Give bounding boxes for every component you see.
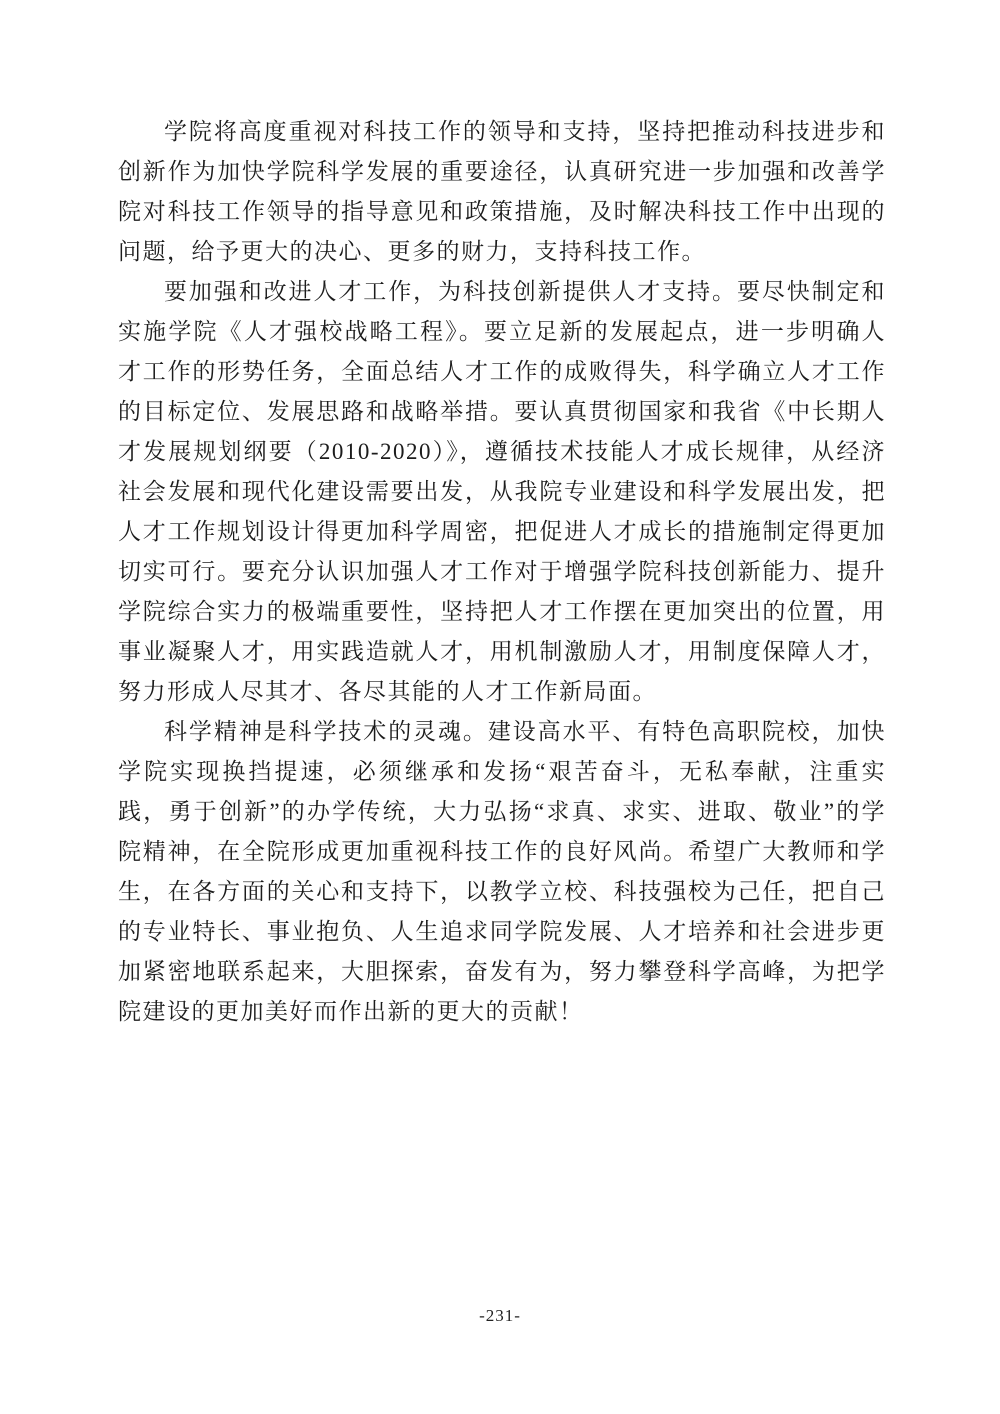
page-body-text: 学院将高度重视对科技工作的领导和支持，坚持把推动科技进步和创新作为加快学院科学发… [118, 112, 886, 1032]
page-number: -231- [479, 1306, 521, 1325]
paragraph-scientific-spirit: 科学精神是科学技术的灵魂。建设高水平、有特色高职院校，加快学院实现换挡提速，必须… [118, 712, 886, 1032]
page-footer: -231- [0, 1306, 1000, 1326]
paragraph-talent-work: 要加强和改进人才工作，为科技创新提供人才支持。要尽快制定和实施学院《人才强校战略… [118, 272, 886, 712]
document-page: 学院将高度重视对科技工作的领导和支持，坚持把推动科技进步和创新作为加快学院科学发… [0, 0, 1000, 1414]
paragraph-science-leadership: 学院将高度重视对科技工作的领导和支持，坚持把推动科技进步和创新作为加快学院科学发… [118, 112, 886, 272]
